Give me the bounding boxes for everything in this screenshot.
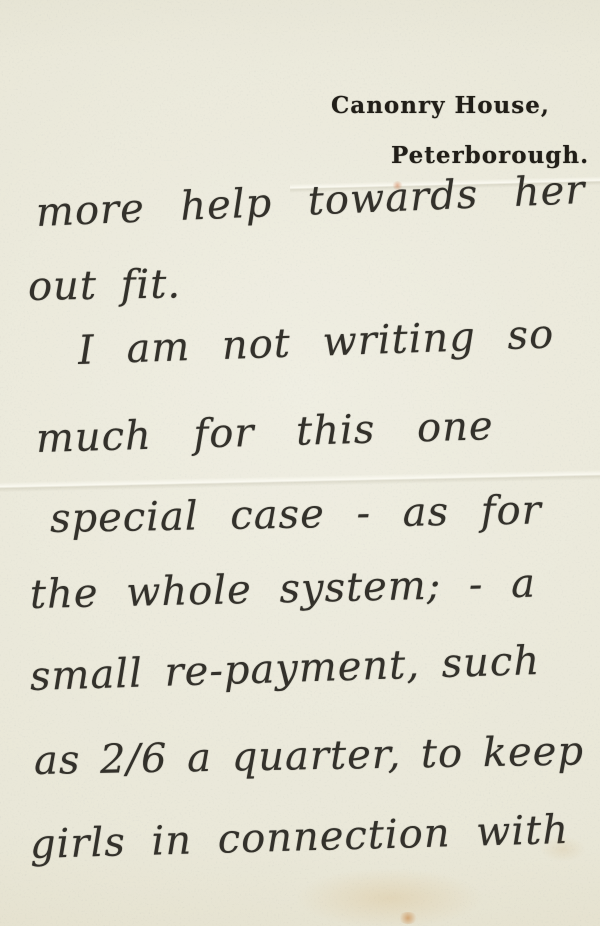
handwritten-line-2: out fit. [28,261,182,310]
handwritten-line-4: much for this one [35,403,494,462]
handwritten-line-8: as 2/6 a quarter, to keep [34,728,585,784]
handwritten-line-9: girls in connection with [29,807,569,868]
handwritten-line-5: special case - as for [50,487,543,542]
handwritten-line-6: the whole system; - a [29,561,536,618]
handwritten-line-3: I am not writing so [77,311,555,374]
paper-texture [0,0,600,926]
paper-tone-overlay [0,0,600,926]
foxing-stain [295,868,485,926]
letterhead-city: Peterborough. [391,142,589,169]
letter-page: Canonry House, Peterborough. more help t… [0,0,600,926]
handwritten-line-7: small re-payment, such [29,638,540,700]
handwritten-line-1: more help towards her [35,167,586,236]
letterhead-house-name: Canonry House, [331,92,550,119]
foxing-stain [398,912,418,924]
